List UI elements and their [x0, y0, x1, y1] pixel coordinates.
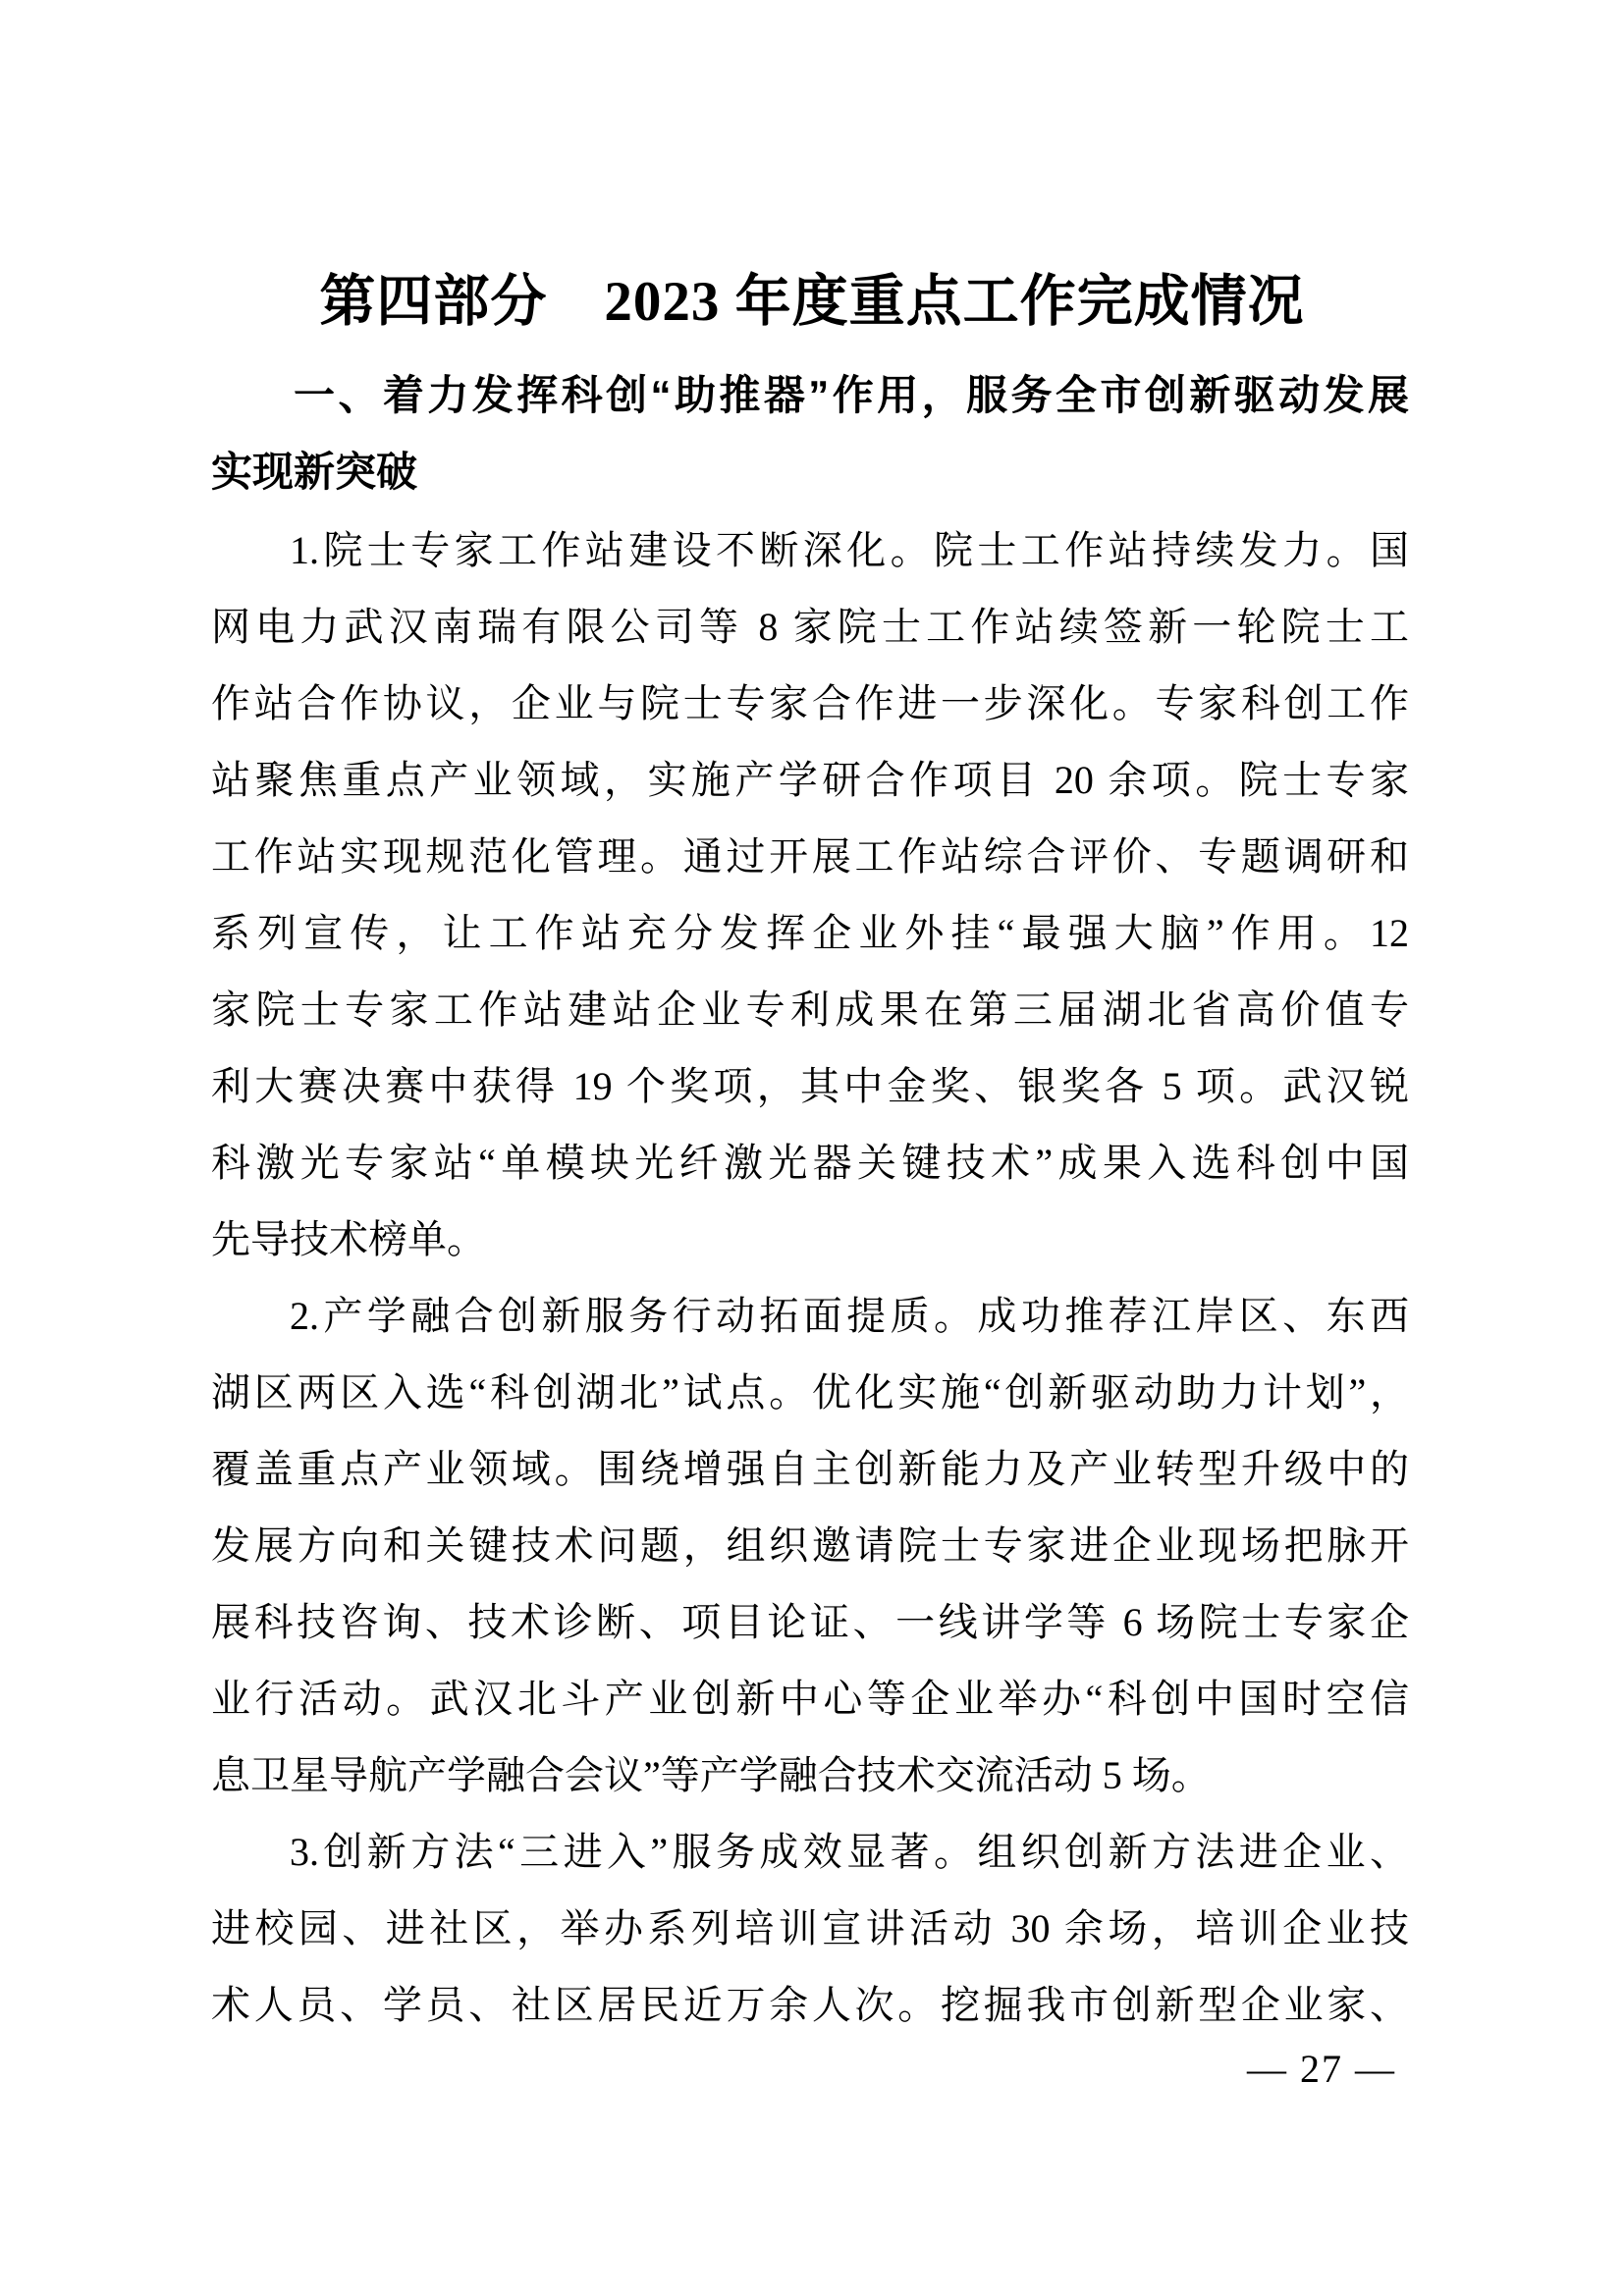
body-line: 湖区两区入选“科创湖北”试点。优化实施“创新驱动助力计划”，	[211, 1355, 1409, 1431]
body-line: 网电力武汉南瑞有限公司等 8 家院士工作站续签新一轮院士工	[211, 589, 1409, 666]
body-line: 1.院士专家工作站建设不断深化。院士工作站持续发力。国	[211, 512, 1409, 589]
document-page: 第四部分 2023 年度重点工作完成情况 一、着力发挥科创“助推器”作用，服务全…	[0, 0, 1624, 2296]
body-line: 覆盖重点产业领域。围绕增强自主创新能力及产业转型升级中的	[211, 1431, 1409, 1508]
body-line: 展科技咨询、技术诊断、项目论证、一线讲学等 6 场院士专家企	[211, 1584, 1409, 1661]
body-text: 1.院士专家工作站建设不断深化。院士工作站持续发力。国 网电力武汉南瑞有限公司等…	[211, 512, 1409, 2044]
body-line: 工作站实现规范化管理。通过开展工作站综合评价、专题调研和	[211, 819, 1409, 895]
body-line: 3.创新方法“三进入”服务成效显著。组织创新方法进企业、	[211, 1814, 1409, 1891]
body-line: 作站合作协议，企业与院士专家合作进一步深化。专家科创工作	[211, 666, 1409, 742]
body-line: 发展方向和关键技术问题，组织邀请院士专家进企业现场把脉开	[211, 1508, 1409, 1584]
body-line: 站聚焦重点产业领域，实施产学研合作项目 20 余项。院士专家	[211, 742, 1409, 819]
page-number: — 27 —	[1247, 2048, 1396, 2091]
section-heading-line: 一、着力发挥科创“助推器”作用，服务全市创新驱动发展	[211, 357, 1409, 434]
body-line: 科激光专家站“单模块光纤激光器关键技术”成果入选科创中国	[211, 1125, 1409, 1201]
body-line: 先导技术榜单。	[211, 1201, 1409, 1278]
page-title: 第四部分 2023 年度重点工作完成情况	[0, 267, 1624, 338]
section-heading: 一、着力发挥科创“助推器”作用，服务全市创新驱动发展 实现新突破	[211, 357, 1409, 510]
body-line: 家院士专家工作站建站企业专利成果在第三届湖北省高价值专	[211, 972, 1409, 1048]
body-line: 术人员、学员、社区居民近万余人次。挖掘我市创新型企业家、	[211, 1967, 1409, 2044]
body-line: 进校园、进社区，举办系列培训宣讲活动 30 余场，培训企业技	[211, 1891, 1409, 1967]
body-line: 息卫星导航产学融合会议”等产学融合技术交流活动 5 场。	[211, 1737, 1409, 1814]
body-line: 系列宣传，让工作站充分发挥企业外挂“最强大脑”作用。12	[211, 895, 1409, 972]
body-line: 业行活动。武汉北斗产业创新中心等企业举办“科创中国时空信	[211, 1661, 1409, 1737]
body-line: 利大赛决赛中获得 19 个奖项，其中金奖、银奖各 5 项。武汉锐	[211, 1048, 1409, 1125]
body-line: 2.产学融合创新服务行动拓面提质。成功推荐江岸区、东西	[211, 1278, 1409, 1355]
section-heading-line: 实现新突破	[211, 434, 1409, 510]
